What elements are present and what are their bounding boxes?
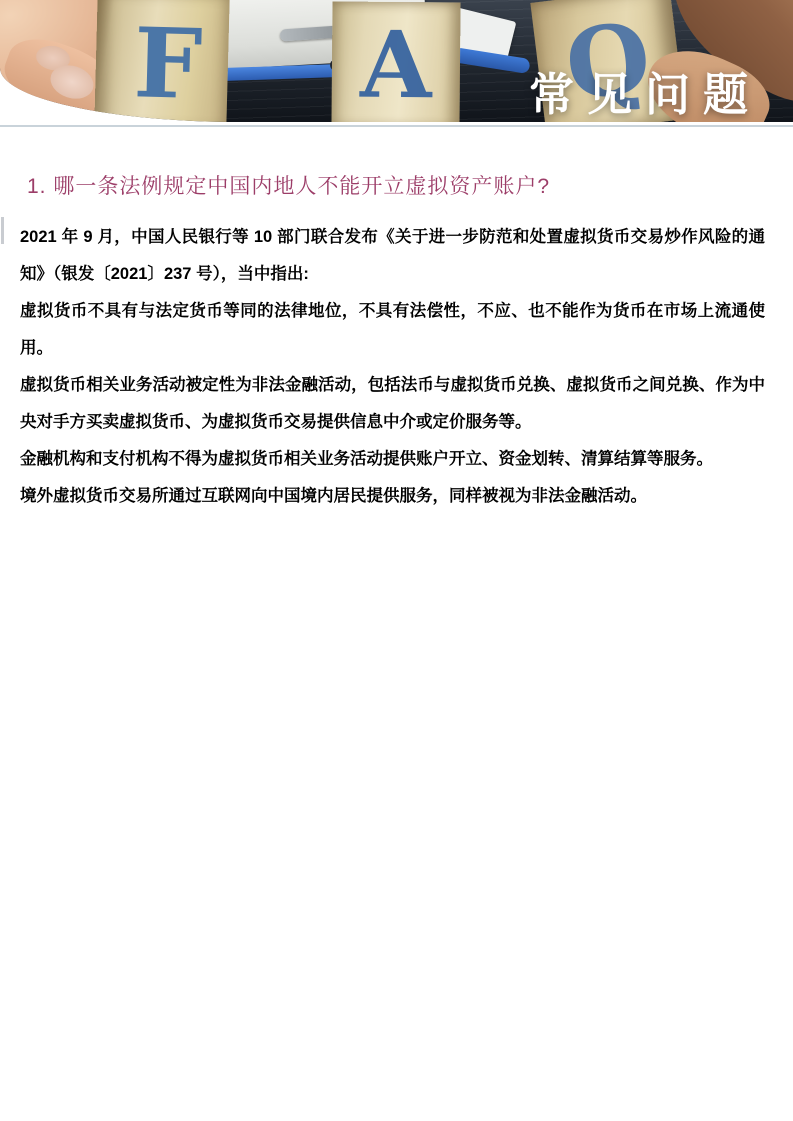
paragraph-2: 虚拟货币不具有与法定货币等同的法律地位，不具有法偿性，不应、也不能作为货币在市场…	[20, 293, 765, 367]
paragraph-3: 虚拟货币相关业务活动被定性为非法金融活动，包括法币与虚拟货币兑换、虚拟货币之间兑…	[20, 367, 765, 441]
wood-block-a: A	[331, 1, 460, 122]
faq-content: 1. 哪一条法例规定中国内地人不能开立虚拟资产账户? 2021 年 9 月，中国…	[0, 127, 793, 515]
faq-header-image: F A Q 常见问题	[0, 0, 793, 122]
wood-block-f: F	[94, 0, 230, 122]
left-margin-artifact	[1, 217, 4, 244]
paragraph-5: 境外虚拟货币交易所通过互联网向中国境内居民提供服务，同样被视为非法金融活动。	[20, 478, 765, 515]
block-letter-a: A	[360, 11, 432, 120]
block-letter-f: F	[132, 6, 203, 121]
header-title: 常见问题	[529, 58, 761, 122]
paragraph-4: 金融机构和支付机构不得为虚拟货币相关业务活动提供账户开立、资金划转、清算结算等服…	[20, 441, 765, 478]
paragraph-1: 2021 年 9 月，中国人民银行等 10 部门联合发布《关于进一步防范和处置虚…	[20, 219, 765, 293]
answer-body: 2021 年 9 月，中国人民银行等 10 部门联合发布《关于进一步防范和处置虚…	[0, 219, 793, 515]
question-heading: 1. 哪一条法例规定中国内地人不能开立虚拟资产账户?	[27, 172, 765, 202]
